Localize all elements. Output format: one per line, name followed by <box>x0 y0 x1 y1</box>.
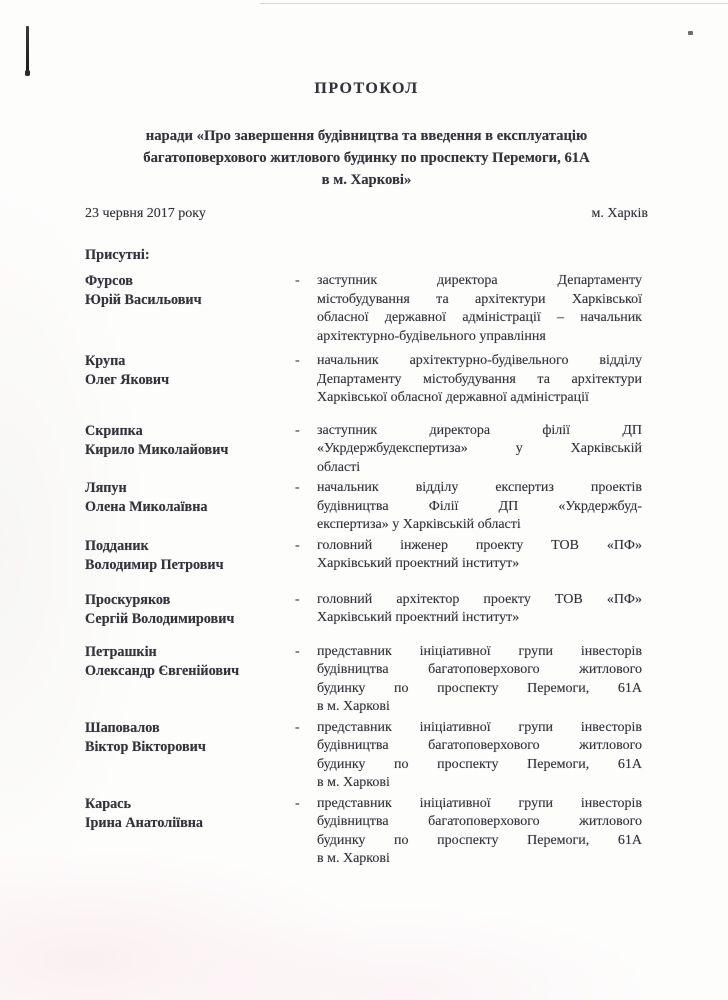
attendee-row: Крупа Олег Якович - начальник архітектур… <box>85 352 648 408</box>
attendee-role: представник ініціативної групи інвесторі… <box>317 795 642 869</box>
subtitle-line: наради «Про завершення будівництва та вв… <box>85 125 648 147</box>
attendee-name: Карась Ірина Анатоліївна <box>85 795 295 833</box>
attendee-role: начальник відділу експертиз проектів буд… <box>317 479 642 535</box>
attendee-name: Ляпун Олена Миколаївна <box>85 479 295 517</box>
document-city: м. Харків <box>592 205 649 224</box>
dash-separator: - <box>295 643 317 662</box>
attendee-row: Фурсов Юрій Васильович - заступник дирек… <box>85 272 648 346</box>
role-line: архітектурно-будівельного управління <box>317 328 642 347</box>
dash-separator: - <box>295 352 317 371</box>
role-line: «Укрдержбудекспертиза» у Харківській <box>317 440 642 459</box>
attendee-role: головний архітектор проекту ТОВ «ПФ» Хар… <box>317 591 642 628</box>
attendee-role: представник ініціативної групи інвесторі… <box>317 719 642 793</box>
attendee-row: Ляпун Олена Миколаївна - начальник відді… <box>85 479 648 535</box>
dash-separator: - <box>295 422 317 441</box>
role-line: області <box>317 459 642 478</box>
role-line: містобудування та архітектури Харківсько… <box>317 291 642 310</box>
attendee-given-names: Ірина Анатоліївна <box>85 814 295 833</box>
attendee-role: представник ініціативної групи інвесторі… <box>317 643 642 717</box>
attendee-surname: Карась <box>85 795 295 814</box>
attendee-surname: Подданик <box>85 537 295 556</box>
dash-separator: - <box>295 272 317 291</box>
attendee-given-names: Олександр Євгенійович <box>85 662 295 681</box>
attendee-role: заступник директора Департаменту містобу… <box>317 272 642 346</box>
role-line: в м. Харкові <box>317 850 642 869</box>
attendee-name: Подданик Володимир Петрович <box>85 537 295 575</box>
subtitle-line: в м. Харкові» <box>85 169 648 191</box>
pen-mark-artifact <box>26 26 29 72</box>
dash-separator: - <box>295 479 317 498</box>
document-subtitle: наради «Про завершення будівництва та вв… <box>85 125 648 191</box>
role-line: в м. Харкові <box>317 698 642 717</box>
attendee-row: Проскуряков Сергій Володимирович - голов… <box>85 591 648 629</box>
attendee-role: начальник архітектурно-будівельного відд… <box>317 352 642 408</box>
role-line: будівництва Філії ДП «Укрдержбуд- <box>317 498 642 517</box>
role-line: заступник директора Департаменту <box>317 272 642 291</box>
role-line: начальник архітектурно-будівельного відд… <box>317 352 642 371</box>
dash-separator: - <box>295 591 317 610</box>
role-line: будинку по проспекту Перемоги, 61А <box>317 756 642 775</box>
attendee-given-names: Володимир Петрович <box>85 556 295 575</box>
attendee-row: Карась Ірина Анатоліївна - представник і… <box>85 795 648 869</box>
role-line: заступник директора філії ДП <box>317 422 642 441</box>
document-date: 23 червня 2017 року <box>85 205 206 224</box>
attendee-role: заступник директора філії ДП «Укрдержбуд… <box>317 422 642 478</box>
role-line: представник ініціативної групи інвесторі… <box>317 719 642 738</box>
attendee-given-names: Олена Миколаївна <box>85 498 295 517</box>
role-line: будинку по проспекту Перемоги, 61А <box>317 680 642 699</box>
role-line: будівництва багатоповерхового житлового <box>317 737 642 756</box>
attendee-given-names: Кирило Миколайович <box>85 441 295 460</box>
attendee-row: Подданик Володимир Петрович - головний і… <box>85 537 648 575</box>
role-line: начальник відділу експертиз проектів <box>317 479 642 498</box>
role-line: експертиза» у Харківській області <box>317 516 642 535</box>
attendee-surname: Шаповалов <box>85 719 295 738</box>
role-line: будівництва багатоповерхового житлового <box>317 813 642 832</box>
attendee-name: Петрашкін Олександр Євгенійович <box>85 643 295 681</box>
role-line: будівництва багатоповерхового житлового <box>317 661 642 680</box>
dash-separator: - <box>295 537 317 556</box>
role-line: будинку по проспекту Перемоги, 61А <box>317 832 642 851</box>
role-line: Харківський проектний інститут» <box>317 609 642 628</box>
attendee-surname: Проскуряков <box>85 591 295 610</box>
attendee-surname: Петрашкін <box>85 643 295 662</box>
scanned-page: ПРОТОКОЛ наради «Про завершення будівниц… <box>0 0 728 1000</box>
role-line: представник ініціативної групи інвесторі… <box>317 643 642 662</box>
attendee-surname: Ляпун <box>85 479 295 498</box>
attendee-given-names: Сергій Володимирович <box>85 610 295 629</box>
role-line: в м. Харкові <box>317 774 642 793</box>
role-line: Харківський проектний інститут» <box>317 555 642 574</box>
dash-separator: - <box>295 719 317 738</box>
attendee-name: Скрипка Кирило Миколайович <box>85 422 295 460</box>
attendee-given-names: Віктор Вікторович <box>85 738 295 757</box>
attendee-name: Проскуряков Сергій Володимирович <box>85 591 295 629</box>
attendee-given-names: Олег Якович <box>85 371 295 390</box>
attendee-name: Крупа Олег Якович <box>85 352 295 390</box>
attendee-name: Фурсов Юрій Васильович <box>85 272 295 310</box>
attendee-row: Петрашкін Олександр Євгенійович - предст… <box>85 643 648 717</box>
date-row: 23 червня 2017 року м. Харків <box>85 205 648 224</box>
role-line: обласної державної адміністрації – начал… <box>317 309 642 328</box>
dash-separator: - <box>295 795 317 814</box>
attendee-row: Шаповалов Віктор Вікторович - представни… <box>85 719 648 793</box>
role-line: Департаменту містобудування та архітекту… <box>317 371 642 390</box>
attendee-given-names: Юрій Васильович <box>85 291 295 310</box>
role-line: головний архітектор проекту ТОВ «ПФ» <box>317 591 642 610</box>
attendee-name: Шаповалов Віктор Вікторович <box>85 719 295 757</box>
present-heading: Присутні: <box>85 246 648 265</box>
scan-speck-artifact <box>688 31 693 35</box>
attendee-surname: Скрипка <box>85 422 295 441</box>
attendee-surname: Фурсов <box>85 272 295 291</box>
document-content: ПРОТОКОЛ наради «Про завершення будівниц… <box>85 0 648 869</box>
attendee-row: Скрипка Кирило Миколайович - заступник д… <box>85 422 648 478</box>
attendee-role: головний інженер проекту ТОВ «ПФ» Харків… <box>317 537 642 574</box>
subtitle-line: багатоповерхового житлового будинку по п… <box>85 147 648 169</box>
attendee-surname: Крупа <box>85 352 295 371</box>
role-line: Харківської обласної державної адміністр… <box>317 389 642 408</box>
role-line: представник ініціативної групи інвесторі… <box>317 795 642 814</box>
role-line: головний інженер проекту ТОВ «ПФ» <box>317 537 642 556</box>
document-title: ПРОТОКОЛ <box>85 80 648 98</box>
